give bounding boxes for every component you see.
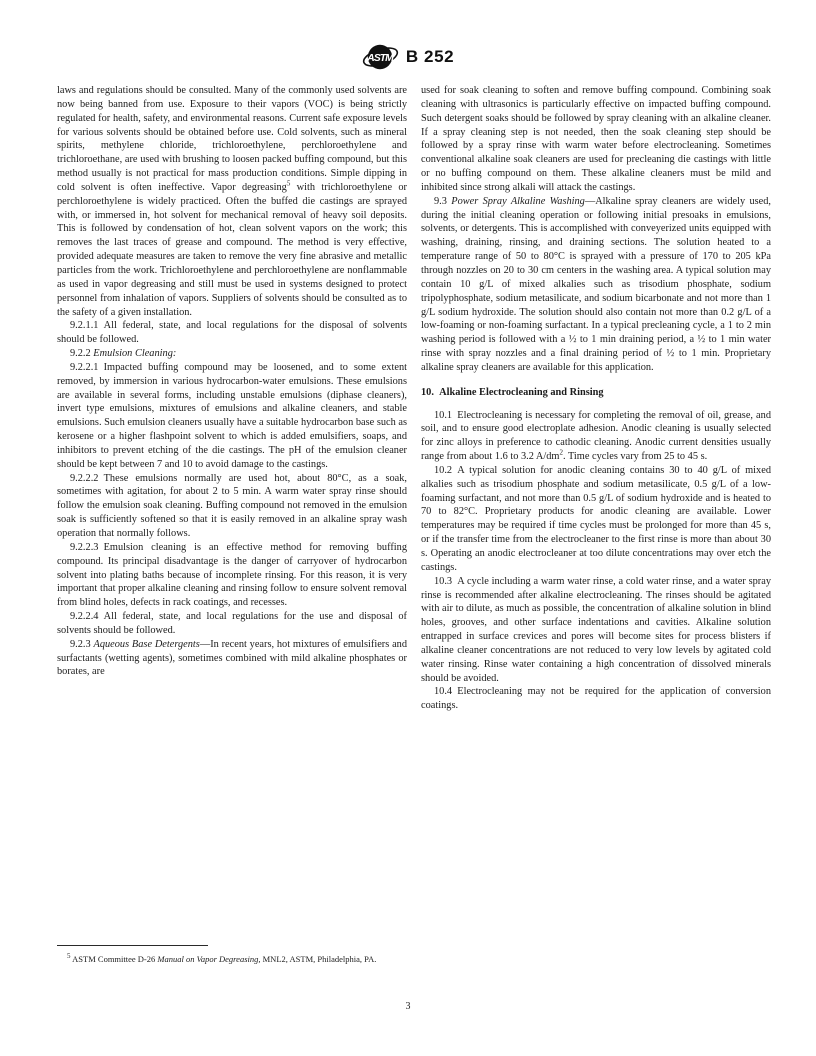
- text-run: ASTM Committee D-26: [71, 954, 158, 964]
- text-run: 9.3: [434, 196, 451, 207]
- para-9-2-3: 9.2.3 Aqueous Base Detergents—In recent …: [57, 638, 407, 680]
- text-run: used for soak cleaning to soften and rem…: [421, 85, 771, 193]
- text-run: 9.2.2.2 These emulsions normally are use…: [57, 473, 407, 539]
- text-run: Emulsion Cleaning:: [93, 348, 176, 359]
- para-9-2-2-4: 9.2.2.4 All federal, state, and local re…: [57, 610, 407, 638]
- text-run: 9.2.2.3 Emulsion cleaning is an effectiv…: [57, 542, 407, 608]
- heading-section-10: 10. Alkaline Electrocleaning and Rinsing: [421, 386, 771, 400]
- text-run: . Time cycles vary from 25 to 45 s.: [563, 451, 707, 462]
- text-run: laws and regulations should be consulted…: [57, 85, 407, 193]
- text-run: 9.2.2: [70, 348, 93, 359]
- para-9-2-2: 9.2.2 Emulsion Cleaning:: [57, 347, 407, 361]
- text-run: Power Spray Alkaline Washing: [451, 196, 585, 207]
- text-run: 10.4 Electrocleaning may not be required…: [421, 686, 771, 711]
- para-10-4: 10.4 Electrocleaning may not be required…: [421, 685, 771, 713]
- text-run: Aqueous Base Detergents: [94, 639, 200, 650]
- para-10-1: 10.1 Electrocleaning is necessary for co…: [421, 409, 771, 464]
- text-run: Manual on Vapor Degreasing,: [157, 954, 260, 964]
- svg-text:ASTM: ASTM: [366, 52, 394, 64]
- page-number: 3: [0, 1001, 816, 1012]
- text-run: 9.2.2.1 Impacted buffing compound may be…: [57, 362, 407, 470]
- text-run: 10. Alkaline Electrocleaning and Rinsing: [421, 387, 604, 398]
- text-run: 10.2 A typical solution for anodic clean…: [421, 465, 771, 573]
- two-column-body: laws and regulations should be consulted…: [57, 84, 771, 713]
- para-10-2: 10.2 A typical solution for anodic clean…: [421, 464, 771, 575]
- para-9-2-2-1: 9.2.2.1 Impacted buffing compound may be…: [57, 361, 407, 472]
- para-9-2-1-1: 9.2.1.1 All federal, state, and local re…: [57, 319, 407, 347]
- footnote-rule: [57, 945, 208, 946]
- para-9-3: 9.3 Power Spray Alkaline Washing—Alkalin…: [421, 195, 771, 375]
- para-detergents-continuation: used for soak cleaning to soften and rem…: [421, 84, 771, 195]
- footnote-block: 5 ASTM Committee D-26 Manual on Vapor De…: [57, 945, 407, 965]
- text-run: 9.2.3: [70, 639, 94, 650]
- text-run: MNL2, ASTM, Philadelphia, PA.: [261, 954, 377, 964]
- page-header: ASTM B 252: [0, 42, 816, 72]
- left-column: laws and regulations should be consulted…: [57, 84, 407, 713]
- para-solvent-cleaning-continuation: laws and regulations should be consulted…: [57, 84, 407, 319]
- text-run: 9.2.2.4 All federal, state, and local re…: [57, 611, 407, 636]
- document-page: ASTM B 252 laws and regulations should b…: [0, 0, 816, 1056]
- para-9-2-2-2: 9.2.2.2 These emulsions normally are use…: [57, 472, 407, 541]
- standard-number: B 252: [406, 47, 454, 67]
- footnote-text: 5 ASTM Committee D-26 Manual on Vapor De…: [57, 954, 407, 965]
- text-run: 9.2.1.1 All federal, state, and local re…: [57, 320, 407, 345]
- text-run: with trichloroethylene or perchloroethyl…: [57, 182, 407, 318]
- right-column: used for soak cleaning to soften and rem…: [421, 84, 771, 713]
- astm-logo-icon: ASTM: [362, 42, 399, 72]
- text-run: —Alkaline spray cleaners are widely used…: [421, 196, 771, 373]
- text-run: 10.3 A cycle including a warm water rins…: [421, 576, 771, 684]
- para-9-2-2-3: 9.2.2.3 Emulsion cleaning is an effectiv…: [57, 541, 407, 610]
- para-10-3: 10.3 A cycle including a warm water rins…: [421, 575, 771, 686]
